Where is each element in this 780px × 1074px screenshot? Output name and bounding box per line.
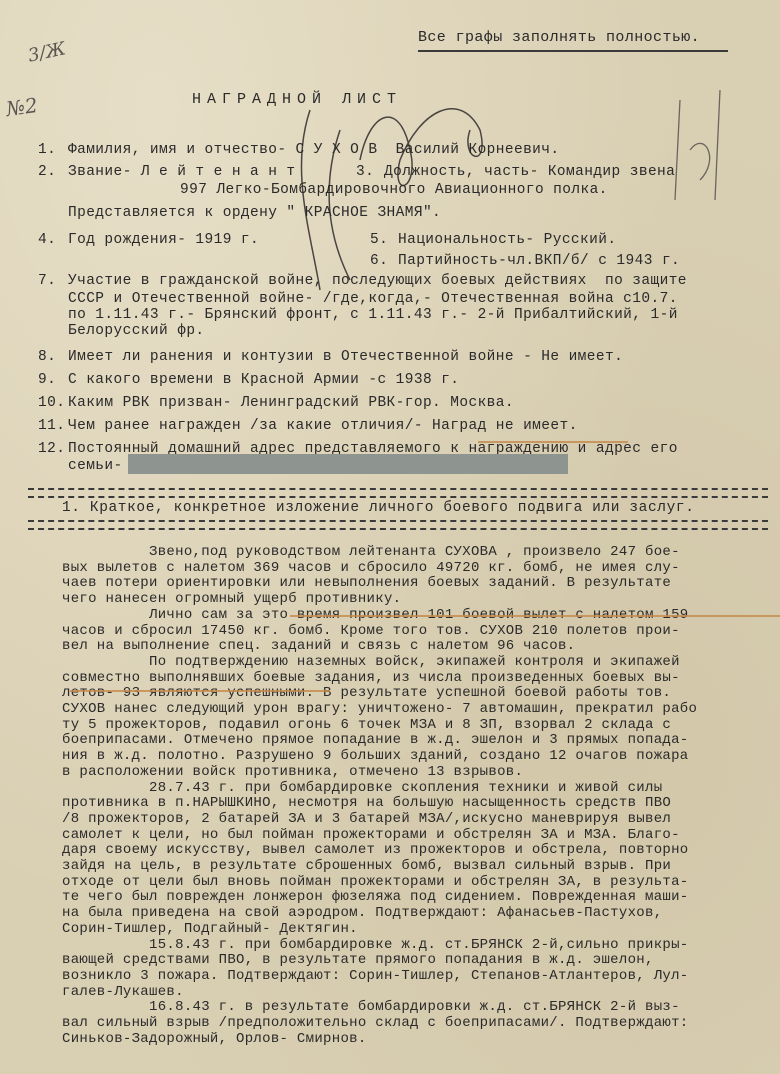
- narrative-line: на была приведена на свой аэродром. Подт…: [62, 905, 662, 921]
- field-text: 997 Легко-Бомбардировочного Авиационного…: [180, 182, 608, 198]
- narrative-line: вел на выполнение спец. заданий и связь …: [62, 638, 575, 654]
- narrative-line: те чего был поврежден лонжерон фюзеляжа …: [62, 889, 689, 905]
- narrative-line: чего нанесен огромный ущерб противнику.: [62, 591, 401, 607]
- narrative-line: галев-Лукашев.: [62, 984, 184, 1000]
- field-number: 7.: [38, 273, 56, 289]
- field-text: Имеет ли ранения и контузии в Отечествен…: [68, 349, 623, 365]
- narrative-line: Сорин-Тишлер, Подгайный- Дектягин.: [62, 921, 358, 937]
- margin-note-handwritten: №2: [4, 93, 39, 121]
- narrative-line: 16.8.43 г. в результате бомбардировки ж.…: [62, 999, 680, 1015]
- field-text: СССР и Отечественной войне- /где,когда,-…: [68, 291, 678, 307]
- narrative-line: даря своему искусству, вывел самолет из …: [62, 842, 689, 858]
- section-heading: 1. Краткое, конкретное изложение личного…: [62, 500, 695, 516]
- narrative-line: зайдя на цель, в результате сброшенных б…: [62, 858, 671, 874]
- field-number: 9.: [38, 372, 56, 388]
- narrative-line: в расположении войск противника, отмечен…: [62, 764, 523, 780]
- handwritten-underline: [290, 615, 780, 617]
- narrative-line: вал сильный взрыв /предположительно скла…: [62, 1015, 689, 1031]
- field-text: Партийность-чл.ВКП/б/ с 1943 г.: [398, 253, 680, 269]
- field-text: С какого времени в Красной Армии -с 1938…: [68, 372, 459, 388]
- narrative-line: вых вылетов с налетом 369 часов и сброси…: [62, 560, 680, 576]
- handwritten-underline: [70, 690, 330, 692]
- divider-double-rule: [28, 488, 768, 498]
- field-text: Каким РВК призван- Ленинградский РВК-гор…: [68, 395, 514, 411]
- narrative-line: вающей средствами ПВО, в результате прям…: [62, 952, 654, 968]
- narrative-line: возникло 3 пожара. Подтверждают: Сорин-Т…: [62, 968, 689, 984]
- field-text: Должность, часть- Командир звена: [384, 164, 675, 180]
- narrative-line: 15.8.43 г. при бомбардировке ж.д. ст.БРЯ…: [62, 937, 689, 953]
- field-text: Участие в гражданской войне, последующих…: [68, 273, 687, 289]
- field-text: Чем ранее награжден /за какие отличия/- …: [68, 418, 578, 434]
- narrative-line: самолет к цели, но был пойман прожектора…: [62, 827, 680, 843]
- narrative-line: совместно выполнявших боевые задания, из…: [62, 670, 680, 686]
- narrative-line: летов- 93 являются успешными. В результа…: [62, 685, 671, 701]
- field-number: 3.: [356, 164, 374, 180]
- field-number: 10.: [38, 395, 65, 411]
- narrative-line: ния в ж.д. полотно. Разрушено 9 больших …: [62, 748, 689, 764]
- field-text: Год рождения- 1919 г.: [68, 232, 259, 248]
- redacted-address-block: [128, 454, 568, 474]
- instruction-note: Все графы заполнять полностью.: [418, 30, 700, 46]
- field-text: Национальность- Русский.: [398, 232, 616, 248]
- field-number: 12.: [38, 441, 65, 457]
- field-text: Представляется к ордену " КРАСНОЕ ЗНАМЯ"…: [68, 205, 441, 221]
- narrative-line: ту 5 прожекторов, подавил огонь 6 точек …: [62, 717, 671, 733]
- field-number: 5.: [370, 232, 388, 248]
- narrative-line: чаев потери ориентировки или невыполнени…: [62, 575, 671, 591]
- field-text: по 1.11.43 г.- Брянский фронт, с 1.11.43…: [68, 307, 678, 323]
- narrative-line: Звено,под руководством лейтенанта СУХОВА…: [62, 544, 680, 560]
- field-number: 4.: [38, 232, 56, 248]
- field-number: 6.: [370, 253, 388, 269]
- margin-note-handwritten: 3/Ж: [26, 38, 67, 66]
- narrative-line: противника в п.НАРЫШКИНО, несмотря на бо…: [62, 795, 671, 811]
- award-sheet-page: 3/Ж №2 Все графы заполнять полностью. НА…: [0, 0, 780, 1074]
- narrative-line: /8 прожекторов, 2 батарей ЗА и 3 батарей…: [62, 811, 671, 827]
- field-text: семьи-: [68, 458, 123, 474]
- field-number: 2.: [38, 164, 56, 180]
- field-number: 11.: [38, 418, 65, 434]
- field-number: 1.: [38, 142, 56, 158]
- narrative-line: отходе от цели был вновь пойман прожекто…: [62, 874, 689, 890]
- narrative-line: 28.7.43 г. при бомбардировке скопления т…: [62, 780, 662, 796]
- divider-double-rule: [28, 520, 768, 530]
- narrative-line: боеприпасами. Отмечено прямое попадание …: [62, 732, 689, 748]
- field-text: Звание- Л е й т е н а н т: [68, 164, 296, 180]
- narrative-line: СУХОВ нанес следующий урон врагу: уничто…: [62, 701, 697, 717]
- instruction-underline: [418, 50, 728, 52]
- narrative-line: часов и сбросил 17450 кг. бомб. Кроме то…: [62, 623, 680, 639]
- narrative-line: Синьков-Задорожный, Орлов- Смирнов.: [62, 1031, 367, 1047]
- field-text: Белорусский фр.: [68, 323, 205, 339]
- handwritten-underline: [478, 441, 628, 443]
- narrative-line: По подтверждению наземных войск, экипаже…: [62, 654, 680, 670]
- field-number: 8.: [38, 349, 56, 365]
- field-text: Фамилия, имя и отчество- С У Х О В Васил…: [68, 142, 559, 158]
